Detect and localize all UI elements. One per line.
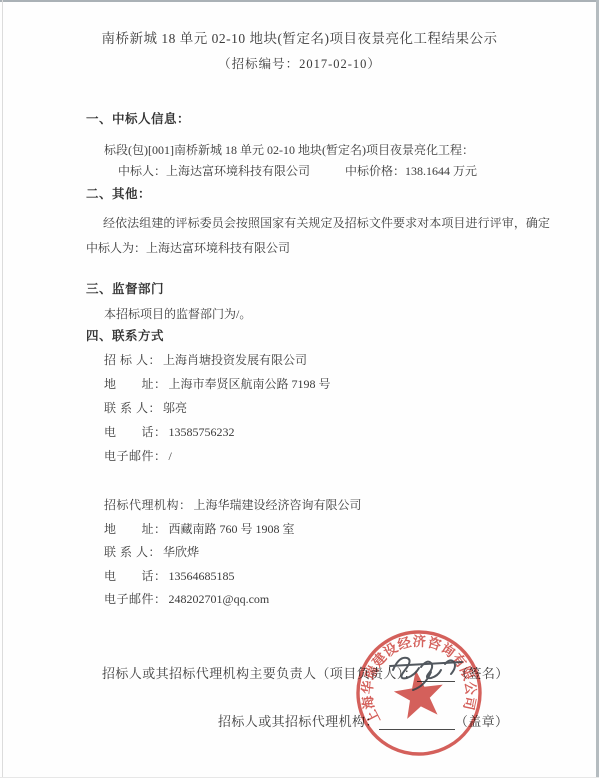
row-label: 电子邮件： bbox=[104, 449, 167, 463]
row-label: 电 话： bbox=[104, 425, 167, 439]
company-stamp: 上海华瑞建设经济咨询有限公司 bbox=[346, 620, 493, 767]
row-value: 华欣烨 bbox=[163, 545, 199, 559]
scan-edge-top bbox=[0, 0, 599, 2]
row-label: 电子邮件： bbox=[104, 592, 167, 606]
row-value: 上海肖塘投资发展有限公司 bbox=[163, 353, 307, 367]
contact-row-address: 地 址：西藏南路 760 号 1908 室 bbox=[104, 523, 362, 535]
price-label: 中标价格： bbox=[345, 164, 405, 178]
contact-row-email: 电子邮件：248202701@qq.com bbox=[104, 593, 362, 605]
section-heading-other: 二、其他： bbox=[86, 187, 151, 203]
document-title: 南桥新城 18 单元 02-10 地块(暂定名)项目夜景亮化工程结果公示 bbox=[0, 31, 599, 48]
tender-number: （招标编号：2017-02-10） bbox=[0, 57, 599, 73]
lot-line: 标段(包)[001]南桥新城 18 单元 02-10 地块(暂定名)项目夜景亮化… bbox=[104, 143, 474, 158]
contact-row-address: 地 址：上海市奉贤区航南公路 7198 号 bbox=[104, 378, 331, 390]
evaluation-paragraph: 经依法组建的评标委员会按照国家有关规定及招标文件要求对本项目进行评审，确定中标人… bbox=[86, 211, 550, 261]
row-value: 13585756232 bbox=[169, 425, 235, 439]
supervision-body: 本招标项目的监督部门为/。 bbox=[104, 307, 251, 322]
row-label: 招 标 人： bbox=[104, 353, 161, 367]
contact-row-phone: 电 话：13585756232 bbox=[104, 426, 331, 438]
agency-contact-block: 招标代理机构：上海华瑞建设经济咨询有限公司 地 址：西藏南路 760 号 190… bbox=[104, 499, 362, 617]
section-heading-contact: 四、联系方式 bbox=[86, 329, 164, 345]
seal-line-prefix: 招标人或其招标代理机构： bbox=[218, 714, 379, 729]
winner-name: 上海达富环境科技有限公司 bbox=[166, 164, 310, 178]
contact-row-agency: 招标代理机构：上海华瑞建设经济咨询有限公司 bbox=[104, 499, 362, 511]
row-value: 邬亮 bbox=[163, 401, 187, 415]
section-heading-winner-info: 一、中标人信息： bbox=[86, 112, 190, 128]
row-label: 电 话： bbox=[104, 569, 167, 583]
row-label: 地 址： bbox=[104, 377, 167, 391]
winner-label: 中标人： bbox=[118, 164, 166, 178]
document-page: 南桥新城 18 单元 02-10 地块(暂定名)项目夜景亮化工程结果公示 （招标… bbox=[0, 0, 599, 778]
contact-row-tenderer: 招 标 人：上海肖塘投资发展有限公司 bbox=[104, 354, 331, 366]
row-label: 地 址： bbox=[104, 522, 167, 536]
row-value: 西藏南路 760 号 1908 室 bbox=[169, 522, 295, 536]
row-value: 上海华瑞建设经济咨询有限公司 bbox=[194, 498, 362, 512]
row-value: 13564685185 bbox=[169, 569, 235, 583]
contact-row-email: 电子邮件：/ bbox=[104, 450, 331, 462]
contact-row-phone: 电 话：13564685185 bbox=[104, 570, 362, 582]
row-label: 招标代理机构： bbox=[104, 498, 192, 512]
section-heading-supervision: 三、监督部门 bbox=[86, 282, 164, 298]
tenderer-contact-block: 招 标 人：上海肖塘投资发展有限公司 地 址：上海市奉贤区航南公路 7198 号… bbox=[104, 354, 331, 474]
contact-row-person: 联 系 人：华欣烨 bbox=[104, 546, 362, 558]
winner-line: 中标人：上海达富环境科技有限公司中标价格：138.1644 万元 bbox=[118, 164, 477, 179]
contact-row-person: 联 系 人：邬亮 bbox=[104, 402, 331, 414]
row-label: 联 系 人： bbox=[104, 545, 161, 559]
row-value: 248202701@qq.com bbox=[169, 592, 270, 606]
row-value: / bbox=[169, 449, 172, 463]
row-value: 上海市奉贤区航南公路 7198 号 bbox=[169, 377, 331, 391]
price-value: 138.1644 万元 bbox=[405, 164, 477, 178]
row-label: 联 系 人： bbox=[104, 401, 161, 415]
handwritten-signature bbox=[385, 646, 470, 692]
scan-edge-left bbox=[2, 0, 3, 778]
